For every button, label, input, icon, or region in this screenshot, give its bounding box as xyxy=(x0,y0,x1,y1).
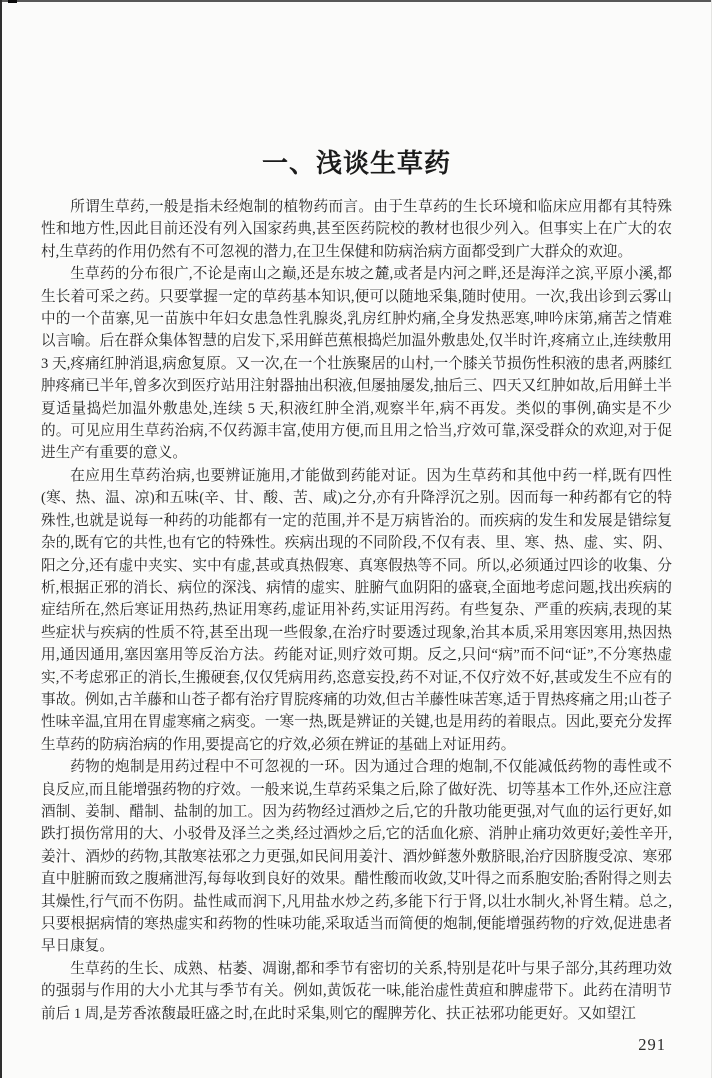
body-paragraph: 生草药的生长、成熟、枯萎、凋谢,都和季节有密切的关系,特别是花叶与果子部分,其药… xyxy=(41,958,672,1025)
body-paragraph: 在应用生草药治病,也要辨证施用,才能做到药能对证。因为生草药和其他中药一样,既有… xyxy=(41,465,672,756)
page-number: 291 xyxy=(638,1035,666,1055)
page-title: 一、浅谈生草药 xyxy=(41,147,672,180)
page-content: 一、浅谈生草药 所谓生草药,一般是指未经炮制的植物药而言。由于生草药的生长环境和… xyxy=(41,0,672,1025)
scan-corner-mark xyxy=(8,0,17,3)
body-paragraph: 所谓生草药,一般是指未经炮制的植物药而言。由于生草药的生长环境和临床应用都有其特… xyxy=(41,196,672,263)
scanned-book-page: { "doc": { "title": "一、浅谈生草药", "paragrap… xyxy=(0,0,712,1078)
scan-edge-left xyxy=(0,0,2,1078)
body-text: 所谓生草药,一般是指未经炮制的植物药而言。由于生草药的生长环境和临床应用都有其特… xyxy=(41,196,672,1025)
body-paragraph: 生草药的分布很广,不论是南山之巅,还是东坡之麓,或者是内河之畔,还是海洋之滨,平… xyxy=(41,263,672,465)
body-paragraph: 药物的炮制是用药过程中不可忽视的一环。因为通过合理的炮制,不仅能减低药物的毒性或… xyxy=(41,756,672,958)
